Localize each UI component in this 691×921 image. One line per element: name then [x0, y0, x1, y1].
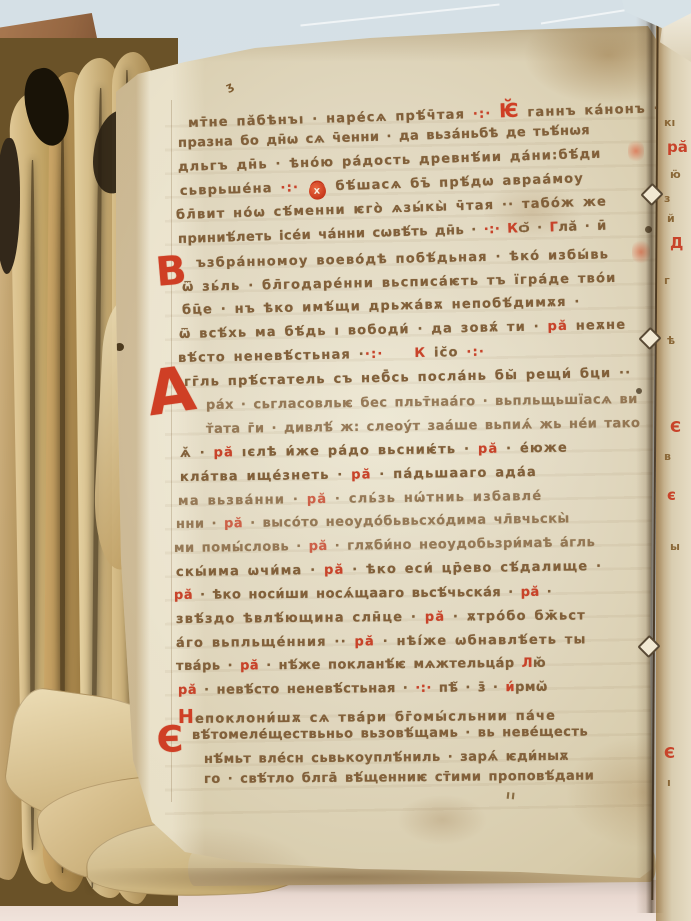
facing-page-fragment: ы — [670, 540, 680, 553]
facing-page-fragment: ю̈ — [670, 168, 681, 181]
facing-page-fragment: ѣ — [667, 334, 675, 347]
facing-page-fragment: є — [667, 486, 676, 504]
facing-fragments-layer: кıрӑю̈зйДгѣЄвєыЄı — [0, 0, 691, 921]
facing-page-fragment: Д — [670, 234, 683, 252]
facing-page-fragment: Є — [670, 418, 681, 436]
facing-page-fragment: рӑ — [667, 138, 688, 156]
facing-page-fragment: г — [664, 274, 670, 287]
facing-page-fragment: з — [664, 192, 670, 205]
photo-of-open-manuscript: мт̄не пӑбѣнъı · наре́сѧ прѣ́ч̄тая ·:· Ѥ̆… — [0, 0, 691, 921]
facing-page-fragment: й — [667, 212, 675, 225]
facing-page-fragment: Є — [664, 744, 675, 762]
facing-page-fragment: ı — [667, 776, 671, 789]
facing-page-fragment: в — [664, 450, 671, 463]
gutter-crease-shadow — [636, 8, 664, 913]
facing-page-fragment: кı — [664, 116, 675, 129]
